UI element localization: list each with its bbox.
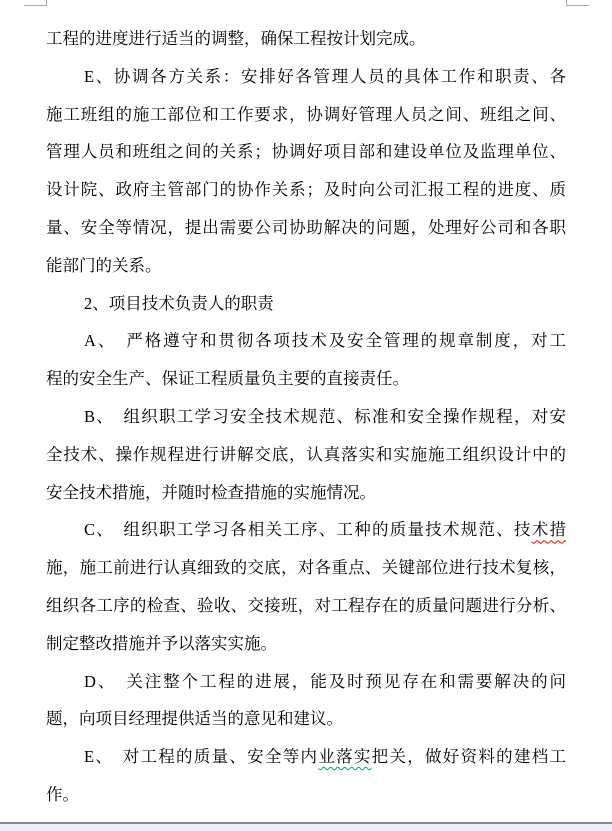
- text-segment: 施，施工前进行认真细致的交底，对各重点、关键部位进行技术复核，: [46, 558, 566, 577]
- text-line: 题，向项目经理提供适当的意见和建议。: [46, 700, 566, 738]
- text-line: D、 关注整个工程的进展，能及时预见存在和需要解决的问: [46, 663, 566, 701]
- text-segment: E、协调各方关系：安排好各管理人员的具体工作和职责、各: [84, 67, 566, 86]
- text-segment: E、 对工程的质量、安全等内: [84, 747, 318, 766]
- text-segment: 程的安全生产、保证工程质量负主要的直接责任。: [46, 369, 409, 388]
- margin-crop-mark-left: [24, 0, 47, 6]
- text-segment: 安全技术措施，并随时检查措施的实施情况。: [46, 483, 376, 502]
- text-segment: 量、安全等情况，提出需要公司协助解决的问题，处理好公司和各职: [46, 218, 566, 237]
- text-line: E、 对工程的质量、安全等内业落实把关，做好资料的建档工: [46, 738, 566, 776]
- text-segment: 管理人员和班组之间的关系；协调好项目部和建设单位及监理单位、: [46, 142, 566, 161]
- spellcheck-squiggle-red: 术措: [532, 520, 566, 539]
- text-line: 制定整改措施并予以落实实施。: [46, 625, 566, 663]
- text-segment: 作。: [46, 785, 79, 804]
- text-line: 2、项目技术负责人的职责: [46, 285, 566, 323]
- text-line: A、 严格遵守和贯彻各项技术及安全管理的规章制度，对工: [46, 322, 566, 360]
- text-line: 管理人员和班组之间的关系；协调好项目部和建设单位及监理单位、: [46, 133, 566, 171]
- page-gap-background: [0, 824, 612, 831]
- text-segment: 施工班组的施工部位和工作要求，协调好管理人员之间、班组之间、: [46, 105, 566, 124]
- text-line: 能部门的关系。: [46, 247, 566, 285]
- text-line: E、协调各方关系：安排好各管理人员的具体工作和职责、各: [46, 58, 566, 96]
- text-segment: A、 严格遵守和贯彻各项技术及安全管理的规章制度，对工: [84, 331, 566, 350]
- text-segment: C、 组织职工学习各相关工序、工种的质量技术规范、技: [84, 520, 532, 539]
- text-line: 全技术、操作规程进行讲解交底，认真落实和实施施工组织设计中的: [46, 436, 566, 474]
- spellcheck-squiggle-green: 业落实: [318, 747, 371, 766]
- document-page: 工程的进度进行适当的调整，确保工程按计划完成。E、协调各方关系：安排好各管理人员…: [0, 0, 612, 831]
- text-segment: D、 关注整个工程的进展，能及时预见存在和需要解决的问: [84, 672, 566, 691]
- text-segment: 全技术、操作规程进行讲解交底，认真落实和实施施工组织设计中的: [46, 445, 566, 464]
- text-segment: 组织各工序的检查、验收、交接班，对工程存在的质量问题进行分析、: [46, 596, 566, 615]
- text-line: 程的安全生产、保证工程质量负主要的直接责任。: [46, 360, 566, 398]
- text-segment: 设计院、政府主管部门的协作关系；及时向公司汇报工程的进度、质: [46, 180, 566, 199]
- text-segment: 能部门的关系。: [46, 256, 162, 275]
- text-line: 施工班组的施工部位和工作要求，协调好管理人员之间、班组之间、: [46, 96, 566, 134]
- text-segment: 题，向项目经理提供适当的意见和建议。: [46, 709, 343, 728]
- text-segment: 制定整改措施并予以落实实施。: [46, 634, 277, 653]
- text-line: 作。: [46, 776, 566, 814]
- document-text-area[interactable]: 工程的进度进行适当的调整，确保工程按计划完成。E、协调各方关系：安排好各管理人员…: [46, 20, 566, 814]
- text-line: 施，施工前进行认真细致的交底，对各重点、关键部位进行技术复核，: [46, 549, 566, 587]
- text-line: 工程的进度进行适当的调整，确保工程按计划完成。: [46, 20, 566, 58]
- text-segment: 2、项目技术负责人的职责: [84, 294, 274, 313]
- text-line: 安全技术措施，并随时检查措施的实施情况。: [46, 474, 566, 512]
- text-line: 量、安全等情况，提出需要公司协助解决的问题，处理好公司和各职: [46, 209, 566, 247]
- text-line: 设计院、政府主管部门的协作关系；及时向公司汇报工程的进度、质: [46, 171, 566, 209]
- text-line: 组织各工序的检查、验收、交接班，对工程存在的质量问题进行分析、: [46, 587, 566, 625]
- text-line: B、 组织职工学习安全技术规范、标准和安全操作规程，对安: [46, 398, 566, 436]
- text-line: C、 组织职工学习各相关工序、工种的质量技术规范、技术措: [46, 511, 566, 549]
- text-segment: 工程的进度进行适当的调整，确保工程按计划完成。: [46, 29, 426, 48]
- text-segment: 把关，做好资料的建档工: [372, 747, 566, 766]
- margin-crop-mark-right: [566, 0, 589, 6]
- text-segment: B、 组织职工学习安全技术规范、标准和安全操作规程，对安: [84, 407, 566, 426]
